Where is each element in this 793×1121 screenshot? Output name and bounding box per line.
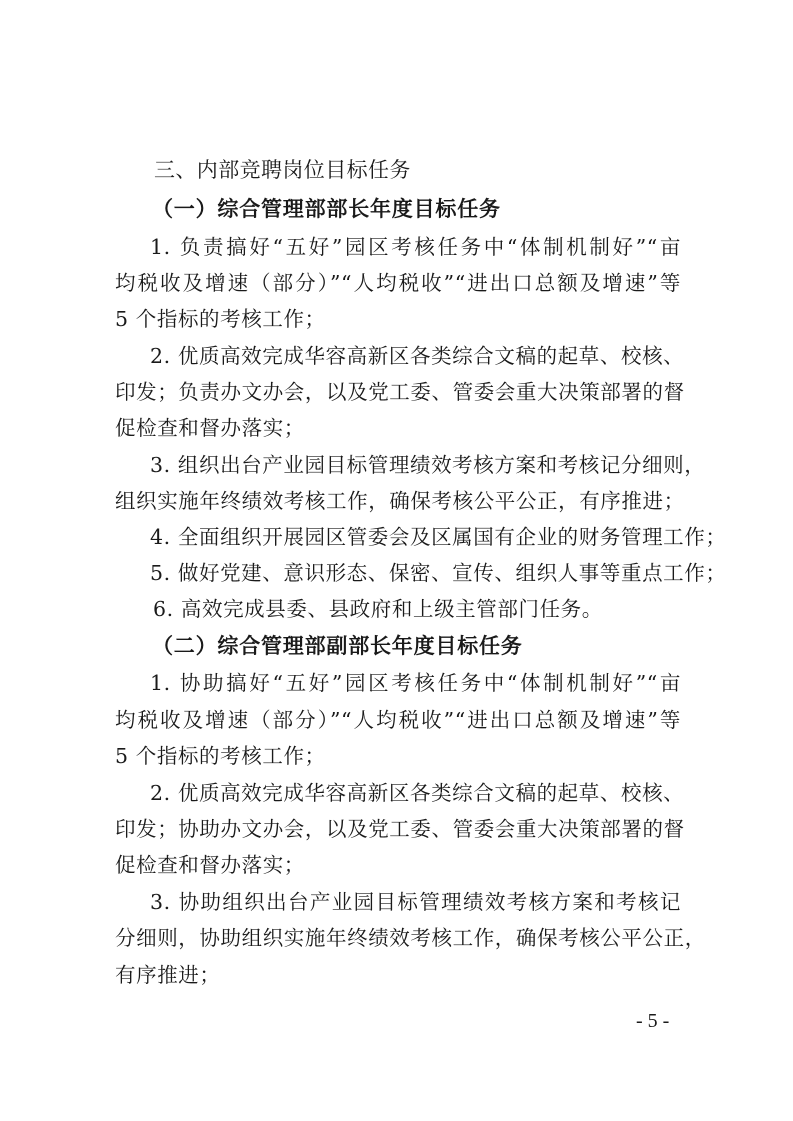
- paragraph-line: 促检查和督办落实；: [115, 413, 681, 443]
- paragraph-line: 4. 全面组织开展园区管委会及区属国有企业的财务管理工作；: [150, 522, 681, 552]
- paragraph-line: 5 个指标的考核工作；: [115, 741, 681, 771]
- paragraph-line: 5 个指标的考核工作；: [115, 304, 681, 334]
- paragraph-line: 印发；协助办文办会，以及党工委、管委会重大决策部署的督: [115, 814, 681, 844]
- paragraph-line: 2. 优质高效完成华容高新区各类综合文稿的起草、校核、: [150, 778, 681, 808]
- paragraph-line: 5. 做好党建、意识形态、保密、宣传、组织人事等重点工作；: [150, 558, 681, 588]
- document-page: 三、内部竞聘岗位目标任务 （一）综合管理部部长年度目标任务 1. 负责搞好“五好…: [0, 0, 793, 1121]
- paragraph-line: 3. 组织出台产业园目标管理绩效考核方案和考核记分细则，: [150, 450, 681, 480]
- paragraph-line: 6. 高效完成县委、县政府和上级主管部门任务。: [153, 594, 719, 624]
- section-title: 三、内部竞聘岗位目标任务: [154, 155, 720, 185]
- page-number: - 5 -: [636, 1010, 669, 1033]
- paragraph-line: 分细则，协助组织实施年终绩效考核工作，确保考核公平公正，: [115, 923, 681, 953]
- paragraph-line: 印发；负责办文办会，以及党工委、管委会重大决策部署的督: [115, 377, 681, 407]
- paragraph-line: 均税收及增速（部分）”“人均税收”“进出口总额及增速”等: [115, 268, 681, 298]
- paragraph-line: 1. 负责搞好“五好”园区考核任务中“体制机制好”“亩: [150, 232, 681, 262]
- paragraph-line: 组织实施年终绩效考核工作，确保考核公平公正，有序推进；: [115, 486, 681, 516]
- paragraph-line: 2. 优质高效完成华容高新区各类综合文稿的起草、校核、: [150, 341, 681, 371]
- paragraph-line: 有序推进；: [115, 960, 681, 990]
- paragraph-line: 促检查和督办落实；: [115, 850, 681, 880]
- subsection-heading-1: （一）综合管理部部长年度目标任务: [152, 194, 718, 224]
- subsection-heading-2: （二）综合管理部副部长年度目标任务: [152, 631, 718, 661]
- paragraph-line: 3. 协助组织出台产业园目标管理绩效考核方案和考核记: [150, 887, 681, 917]
- paragraph-line: 均税收及增速（部分）”“人均税收”“进出口总额及增速”等: [115, 705, 681, 735]
- paragraph-line: 1. 协助搞好“五好”园区考核任务中“体制机制好”“亩: [150, 668, 681, 698]
